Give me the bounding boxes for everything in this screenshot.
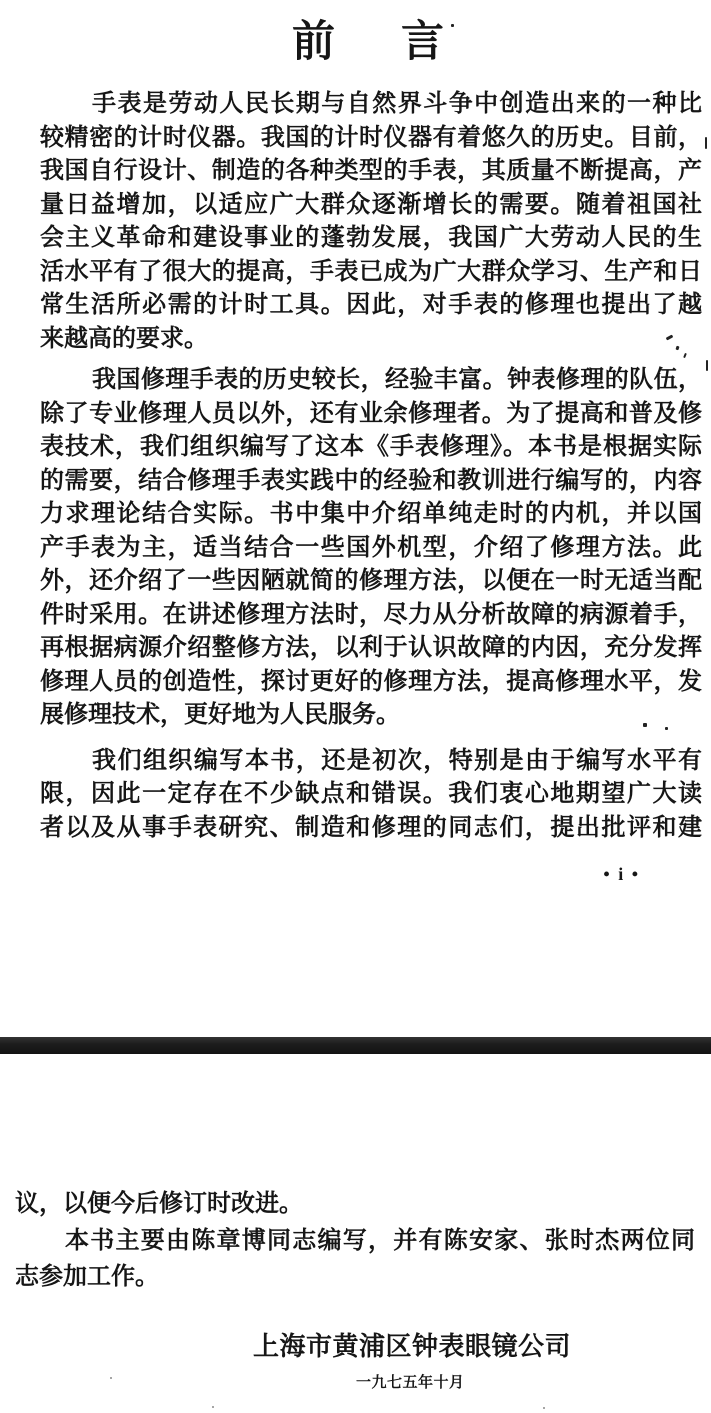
text-line: 我国自行设计、制造的各种类型的手表，其质量不断提高，产	[40, 155, 702, 189]
text-line: 志参加工作。	[15, 1259, 695, 1296]
text-line: 表技术，我们组织编写了这本《手表修理》。本书是根据实际	[40, 431, 702, 465]
text-line: 件时采用。在讲述修理方法时，尽力从分析故障的病源着手，	[40, 599, 702, 633]
scan-artifact	[451, 24, 454, 27]
text-line: 议，以便今后修订时改进。	[15, 1186, 695, 1223]
scan-artifact	[643, 723, 647, 727]
text-line: 力求理论结合实际。书中集中介绍单纯走时的内机，并以国	[40, 498, 702, 532]
scanned-book-page: 前 言 手表是劳动人民长期与自然界斗争中创造出来的一种比 较精密的计时仪器。我国…	[0, 0, 711, 1413]
text-line: 外，还介绍了一些因陋就简的修理方法，以便在一时无适当配	[40, 565, 702, 599]
text-line: 我国修理手表的历史较长，经验丰富。钟表修理的队伍，	[40, 364, 702, 398]
text-line: 修理人员的创造性，探讨更好的修理方法，提高修理水平，发	[40, 666, 702, 700]
text-line: 较精密的计时仪器。我国的计时仪器有着悠久的历史。目前，	[40, 122, 702, 156]
text-line: 除了专业修理人员以外，还有业余修理者。为了提高和普及修	[40, 398, 702, 432]
title-char-2: 言	[401, 21, 444, 64]
text-line: 常生活所必需的计时工具。因此，对手表的修理也提出了越	[40, 289, 702, 323]
date-line: 一九七五年十月	[356, 1374, 465, 1392]
title-char-1: 前	[292, 21, 335, 64]
paragraph-3: 我们组织编写本书，还是初次，特别是由于编写水平有 限，因此一定存在不少缺点和错误…	[40, 745, 702, 846]
text-line: 来越高的要求。	[40, 323, 702, 357]
preface-body: 手表是劳动人民长期与自然界斗争中创造出来的一种比 较精密的计时仪器。我国的计时仪…	[40, 88, 702, 845]
text-line: 再根据病源介绍整修方法，以利于认识故障的内因，充分发挥	[40, 632, 702, 666]
page-number: • i •	[603, 864, 640, 885]
text-line: 我们组织编写本书，还是初次，特别是由于编写水平有	[40, 745, 702, 779]
scan-artifact	[706, 360, 708, 371]
text-line: 本书主要由陈章博同志编写，并有陈安家、张时杰两位同	[15, 1223, 695, 1260]
page-divider	[0, 1037, 711, 1054]
scan-artifact	[110, 1377, 112, 1379]
scan-artifact	[212, 1406, 214, 1408]
paragraph-2: 我国修理手表的历史较长，经验丰富。钟表修理的队伍， 除了专业修理人员以外，还有业…	[40, 364, 702, 733]
text-line: 活水平有了很大的提高，手表已成为广大群众学习、生产和日	[40, 256, 702, 290]
text-line: 手表是劳动人民长期与自然界斗争中创造出来的一种比	[40, 88, 702, 122]
text-line: 产手表为主，适当结合一些国外机型，介绍了修理方法。此	[40, 532, 702, 566]
text-line: 的需要，结合修理手表实践中的经验和教训进行编写的，内容	[40, 465, 702, 499]
text-line: 展修理技术，更好地为人民服务。	[40, 699, 702, 733]
text-line: 限，因此一定存在不少缺点和错误。我们衷心地期望广大读	[40, 778, 702, 812]
publisher-line: 上海市黄浦区钟表眼镜公司	[253, 1331, 571, 1362]
text-line: 量日益增加，以适应广大群众逐渐增长的需要。随着祖国社	[40, 189, 702, 223]
scan-artifact	[705, 137, 707, 149]
preface-continuation: 议，以便今后修订时改进。 本书主要由陈章博同志编写，并有陈安家、张时杰两位同 志…	[15, 1186, 695, 1296]
text-line: 会主义革命和建设事业的蓬勃发展，我国广大劳动人民的生	[40, 222, 702, 256]
paragraph-1: 手表是劳动人民长期与自然界斗争中创造出来的一种比 较精密的计时仪器。我国的计时仪…	[40, 88, 702, 356]
scan-artifact	[543, 1407, 545, 1409]
text-line: 者以及从事手表研究、制造和修理的同志们，提出批评和建	[40, 812, 702, 846]
page-title: 前 言	[292, 21, 444, 64]
scan-artifact	[665, 727, 668, 730]
